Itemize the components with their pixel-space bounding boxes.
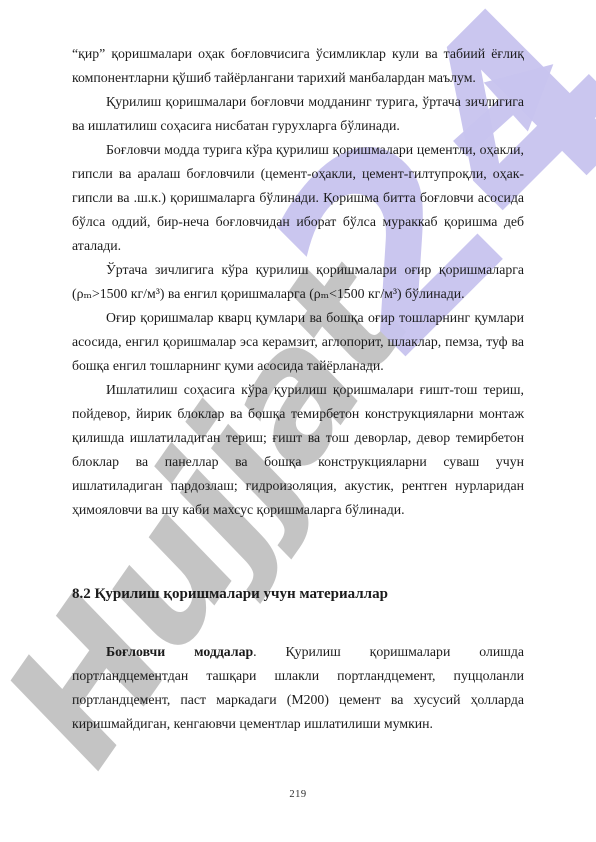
- body-paragraph-1: “қир” қоришмалари оҳак боғловчисига ўсим…: [72, 42, 524, 90]
- page-content: “қир” қоришмалари оҳак боғловчисига ўсим…: [0, 0, 596, 736]
- page-number: 219: [289, 789, 306, 800]
- body-paragraph-7: Боғловчи моддалар. Қурилиш қоришмалари о…: [72, 640, 524, 736]
- body-paragraph-6: Ишлатилиш соҳасига кўра қурилиш қоришмал…: [72, 378, 524, 522]
- body-paragraph-3: Боғловчи модда турига кўра қурилиш қориш…: [72, 138, 524, 258]
- section-heading: 8.2 Қурилиш қоришмалари учун материаллар: [72, 582, 524, 606]
- body-paragraph-4-density-formula: Ўртача зичлигига кўра қурилиш қоришмалар…: [72, 258, 524, 306]
- body-paragraph-5: Оғир қоришмалар кварц қумлари ва бошқа о…: [72, 306, 524, 378]
- document-page: Hujjat 24 “қир” қоришмалари оҳак боғловч…: [0, 0, 596, 842]
- page-footer: 219: [0, 784, 596, 802]
- body-paragraph-2: Қурилиш қоришмалари боғловчи модданинг т…: [72, 90, 524, 138]
- paragraph-lead-term: Боғловчи моддалар: [106, 644, 253, 659]
